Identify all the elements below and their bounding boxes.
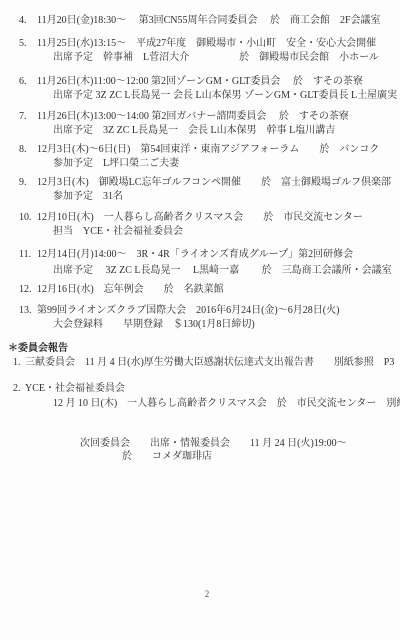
committee-reports-heading: ＊委員会報告 [8, 342, 394, 355]
agenda-item: 8. 12月3日(木)～6日(日) 第54回東洋・東南アジアフォーラム 於 バン… [19, 143, 394, 170]
item-text: 11月25日(水)13:15～ 平成27年度 御殿場市・小山町 安全・安心大会開… [37, 37, 394, 50]
report-item: 1. 三献委員会 11 月 4 日(水)厚生労働大臣感謝状伝達式支出報告書 別紙… [13, 356, 394, 369]
item-text: 12月3日(木) 御殿場LC忘年ゴルフコンペ開催 於 富士御殿場ゴルフ倶楽部 [37, 176, 394, 189]
document-content: 4. 11月20日(金)18:30～ 第3回CN55周年合同委員会 於 商工会館… [0, 0, 400, 463]
agenda-item: 11. 12月14日(月)14:00～ 3R・4R「ライオンズ育成グループ」第2… [19, 248, 394, 277]
report-number: 2. [13, 382, 25, 410]
item-subtext: 参加予定 31名 [53, 190, 394, 203]
item-number: 13. [19, 304, 37, 331]
item-text: 11月20日(金)18:30～ 第3回CN55周年合同委員会 於 商工会館 2F… [37, 14, 394, 27]
item-text: 12月16日(水) 忘年例会 於 名鉄菜館 [37, 283, 394, 296]
agenda-item: 4. 11月20日(金)18:30～ 第3回CN55周年合同委員会 於 商工会館… [19, 14, 394, 27]
item-number: 11. [19, 248, 37, 277]
item-subtext: 担当 YCE・社会福祉委員会 [53, 225, 394, 238]
agenda-item: 9. 12月3日(木) 御殿場LC忘年ゴルフコンペ開催 於 富士御殿場ゴルフ倶楽… [19, 176, 394, 203]
item-number: 9. [19, 176, 37, 203]
report-number: 1. [13, 356, 25, 369]
item-text: 12月3日(木)～6日(日) 第54回東洋・東南アジアフォーラム 於 バンコク [37, 143, 394, 156]
agenda-item: 7. 11月26日(木)13:00～14:00 第2回ガバナー諮問委員会 於 す… [19, 110, 394, 137]
item-number: 4. [19, 14, 37, 27]
agenda-item: 5. 11月25日(水)13:15～ 平成27年度 御殿場市・小山町 安全・安心… [19, 37, 394, 64]
item-number: 6. [19, 75, 37, 102]
agenda-item: 6. 11月26日(木)11:00～12:00 第2回ゾーンGM・GLT委員会 … [19, 75, 394, 102]
scanned-document-page: 4. 11月20日(金)18:30～ 第3回CN55周年合同委員会 於 商工会館… [0, 0, 400, 640]
item-text: 12月14日(月)14:00～ 3R・4R「ライオンズ育成グループ」第2回研修会 [37, 248, 394, 261]
item-subtext: 出席予定 3Z ZC L長島晃一 会長 L山本保男 ゾーンGM・GLT委員長 L… [53, 89, 394, 102]
item-subtext: 出席予定 3Z ZC L長島晃一 L黒﨑一嘉 於 三島商工会議所・会議室 [53, 264, 394, 277]
item-subtext: 出席予定 幹事補 L菅沼大介 於 御殿場市民会館 小ホール [53, 51, 394, 64]
agenda-item: 12. 12月16日(水) 忘年例会 於 名鉄菜館 [19, 283, 394, 296]
item-subtext: 大会登録料 早期登録 ＄130(1月8日締切) [53, 318, 394, 331]
agenda-item: 13. 第99回ライオンズクラブ国際大会 2016年6月24日(金)～6月28日… [19, 304, 394, 331]
item-number: 7. [19, 110, 37, 137]
next-meeting-venue: 於 コメダ珈琲店 [122, 450, 394, 463]
item-number: 8. [19, 143, 37, 170]
next-meeting-line: 次回委員会 出席・情報委員会 11 月 24 日(火)19:00～ [80, 437, 394, 450]
item-number: 10. [19, 211, 37, 238]
item-text: 12月10日(木) 一人暮らし高齢者クリスマス会 於 市民交流センター [37, 211, 394, 224]
report-text: 三献委員会 11 月 4 日(水)厚生労働大臣感謝状伝達式支出報告書 別紙参照 … [25, 356, 394, 369]
item-text: 11月26日(木)13:00～14:00 第2回ガバナー諮問委員会 於 すその茶… [37, 110, 394, 123]
item-number: 5. [19, 37, 37, 64]
item-number: 12. [19, 283, 37, 296]
item-subtext: 出席予定 3Z ZC L長島晃一 会長 L山本保男 幹事 L塩川講吉 [53, 124, 394, 137]
report-subtext: 12 月 10 日(木) 一人暮らし高齢者クリスマス会 於 市民交流センター 別… [53, 397, 394, 410]
item-text: 11月26日(木)11:00～12:00 第2回ゾーンGM・GLT委員会 於 す… [37, 75, 394, 88]
item-text: 第99回ライオンズクラブ国際大会 2016年6月24日(金)～6月28日(火) [37, 304, 394, 317]
report-text: YCE・社会福祉委員会 [25, 382, 394, 395]
page-number: 2 [0, 588, 400, 601]
agenda-item: 10. 12月10日(木) 一人暮らし高齢者クリスマス会 於 市民交流センター … [19, 211, 394, 238]
report-item: 2. YCE・社会福祉委員会 12 月 10 日(木) 一人暮らし高齢者クリスマ… [13, 382, 394, 410]
item-subtext: 参加予定 L坪口榮二ご夫妻 [53, 157, 394, 170]
